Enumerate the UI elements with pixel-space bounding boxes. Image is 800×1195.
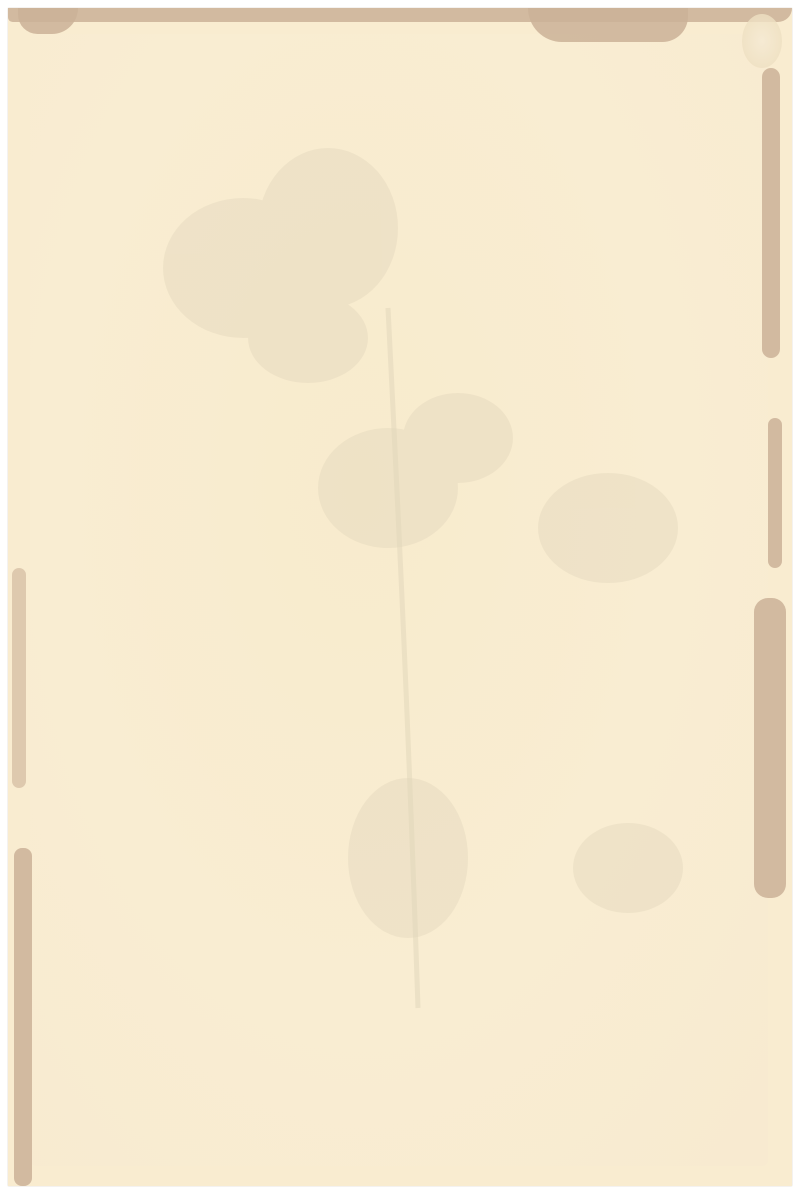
paper-sheet bbox=[8, 8, 792, 1186]
right-edge-stain bbox=[754, 598, 786, 898]
right-edge-stain bbox=[768, 418, 782, 568]
left-edge-stain bbox=[12, 568, 26, 788]
botanical-show-through bbox=[8, 8, 792, 1186]
top-edge-stain-blot bbox=[528, 8, 688, 42]
right-edge-stain bbox=[762, 68, 780, 358]
left-edge-stain bbox=[14, 848, 32, 1186]
embossed-seal bbox=[742, 14, 782, 68]
